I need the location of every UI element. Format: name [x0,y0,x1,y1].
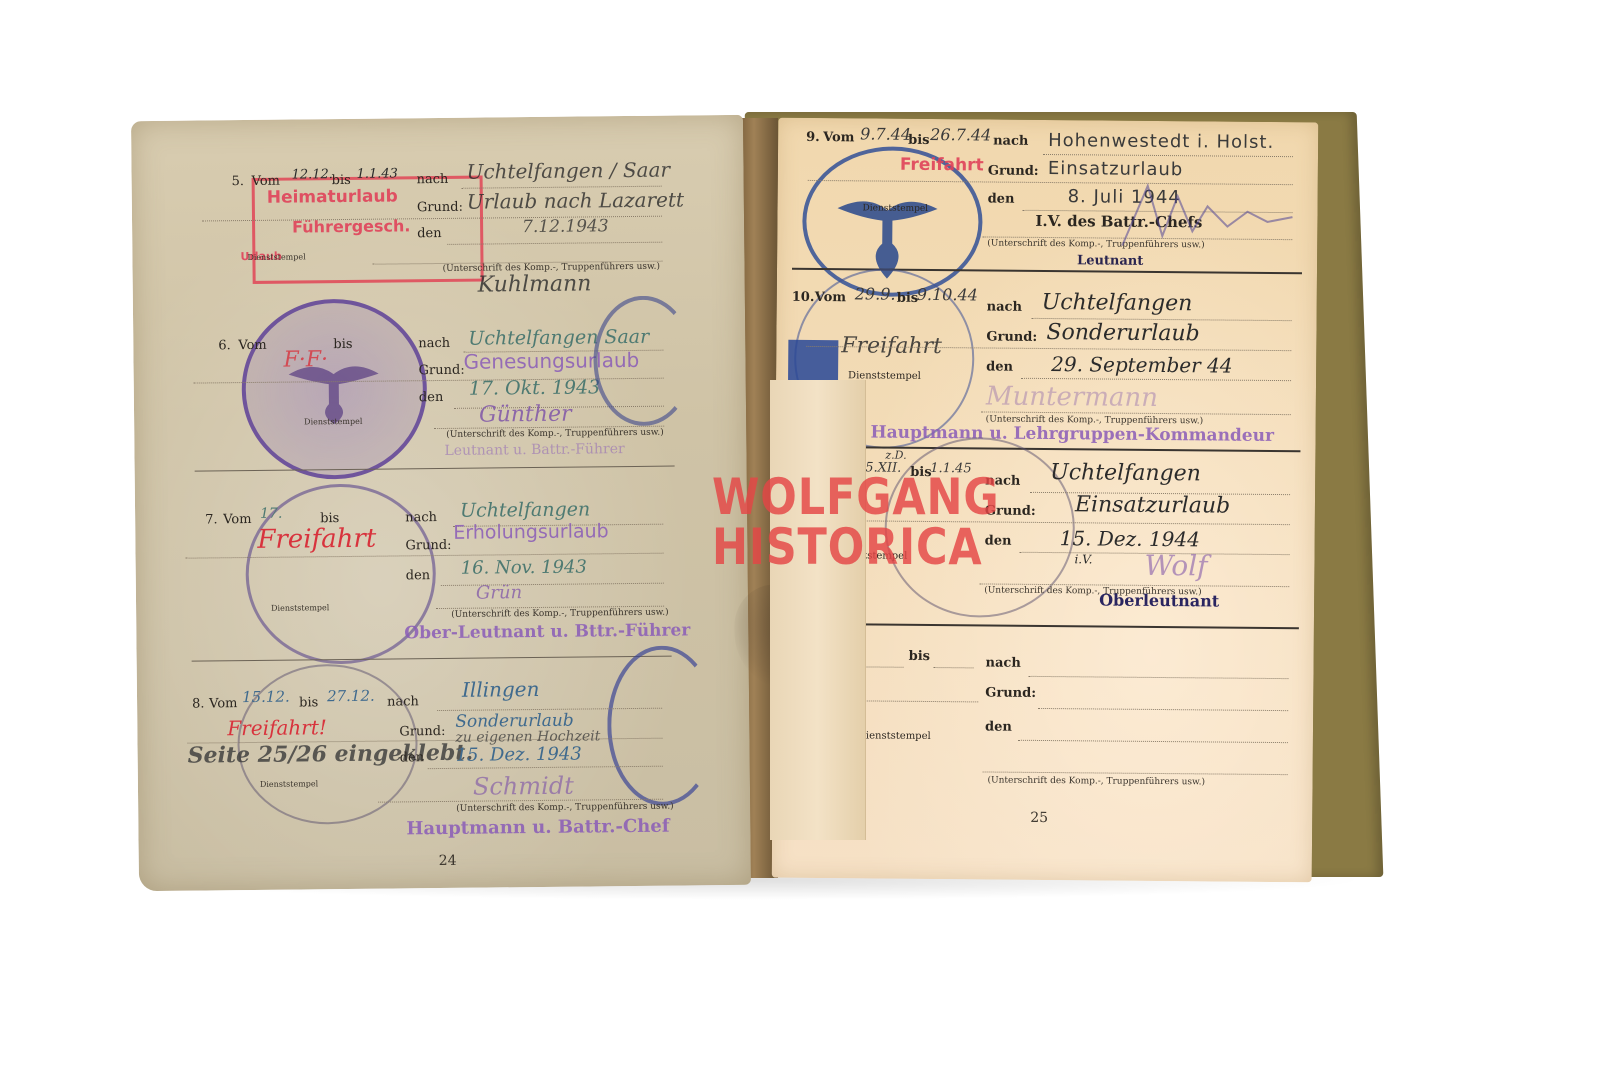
rank-stamp: Hauptmann u. Battr.-Chef [406,816,669,840]
signature-caption: (Unterschrift des Komp.-, Truppenführers… [451,608,669,620]
den-label: den [417,226,442,241]
grund-label: Grund: [405,538,451,553]
partial-blue-stamp [593,295,694,426]
grund-label: Grund: [399,724,445,739]
entry-7: Freifahrt Dienststempel 7. Vom 17. bis n… [131,115,743,121]
rank-stamp: Hauptmann u. Lehrgruppen-Kommandeur [870,422,1274,446]
signature: Muntermann [986,381,1158,413]
nach-label: nach [987,299,1022,314]
rank-stamp: Leutnant u. Battr.-Führer [444,441,624,459]
rank-stamp: Oberleutnant [1099,590,1219,610]
bis-value: 26.7.44 [930,125,991,145]
vom-value: 15.12. [242,688,290,706]
nach-value: Illingen [462,677,540,702]
nach-label: nach [993,134,1028,149]
grund-value: Urlaub nach Lazarett [467,187,684,213]
red-note: Freifahrt [257,524,376,555]
den-label: den [419,390,444,405]
bis-value: 1.1.43 [356,166,398,181]
iv-note: i.V. [1074,552,1092,566]
vom-label: Vom [209,696,238,711]
den-value: 29. September 44 [1051,352,1233,378]
den-label: den [986,359,1013,374]
entry-8: 8. Vom 15.12. bis 27.12. nach Illingen F… [131,115,743,121]
den-label: den [988,191,1015,206]
nach-label: nach [418,336,450,351]
red-stamp-freifahrt: Freifahrt [900,155,984,176]
entry-number: 9. [806,130,820,145]
signature: Schmidt [473,772,574,801]
watermark-line2: HISTORICA [712,522,999,572]
den-label: den [400,750,425,765]
grund-value: Sonderurlaub [1046,320,1199,346]
red-scribble: F·F· [283,347,328,372]
vom-label: Vom [223,512,252,527]
nach-label: nach [986,655,1021,670]
dienststempel-label: Dienststempel [862,203,928,214]
signature: Kuhlmann [478,271,592,297]
grund-label: Grund: [988,163,1039,178]
bis-label: bis [332,173,351,188]
signature-caption: (Unterschrift des Komp.-, Truppenführers… [446,428,664,440]
entry-6: F·F· Dienststempel 6. Vom bis nach Uchte… [131,115,743,121]
den-value: 15. Dez. 1944 [1060,526,1200,551]
entry-number: 6. [218,338,231,353]
den-value: 16. Nov. 1943 [461,556,587,578]
vom-label: Vom [823,130,854,145]
entry-number: 7. [205,512,218,527]
torn-tab-strip [770,380,866,840]
grund-stamp: Erholungsurlaub [453,520,609,544]
bis-label: bis [908,133,929,148]
vom-value: 29.9. [855,284,896,303]
bis-value: 27.12. [327,687,375,705]
signature-scribble-icon [1117,176,1298,258]
nach-label: nach [405,510,437,525]
den-label: den [985,719,1012,734]
signature-caption: (Unterschrift des Komp.-, Truppenführers… [456,802,674,814]
vom-value: 12.12. [291,167,333,182]
nach-value: Uchtelfangen / Saar [466,158,670,184]
bis-label: bis [320,511,339,526]
den-value: 17. Okt. 1943 [469,376,601,399]
entry-number: 8. [192,696,205,711]
red-note: Freifahrt! [227,715,327,740]
den-value: 7.12.1943 [522,216,609,237]
signature: Günther [479,402,572,428]
nach-label: nach [387,694,419,709]
grund-label: Grund: [417,200,463,215]
nach-value: Uchtelfangen [1050,460,1201,486]
grund-value: Einsatzurlaub [1075,492,1230,518]
watermark: WOLFGANG HISTORICA [712,472,999,572]
bis-label: bis [299,695,318,710]
grund-label: Grund: [986,329,1037,344]
den-label: den [406,568,431,583]
bis-label: bis [333,337,352,352]
entry-number: 5. [232,174,245,189]
vom-value: 17. [260,506,282,522]
rank-stamp: Ober-Leutnant u. Bttr.-Führer [404,620,690,643]
vom-label: Vom [815,290,846,305]
vom-value: 9.7.44 [860,124,911,143]
red-stamp-line1: Heimaturlaub [267,186,398,207]
bis-value: 9.10.44 [917,285,978,305]
partial-blue-stamp [607,645,719,806]
vom-label: Vom [252,174,281,189]
page-number: 25 [1030,810,1048,826]
nach-value: Uchtelfangen [1042,290,1193,316]
entry-5: Heimaturlaub Führergesch. Urlaub 5. Vom … [131,115,743,121]
page-number: 24 [439,853,457,869]
left-page: Heimaturlaub Führergesch. Urlaub 5. Vom … [131,115,751,891]
dienststempel-label: Dienststempel [304,417,362,427]
nach-value: Hohenwestedt i. Holst. [1048,130,1274,153]
entry-number: 10. [792,290,815,305]
grund-label: Grund: [419,363,465,378]
nach-value: Uchtelfangen [460,498,590,521]
dienststempel-label: Dienststempel [247,252,305,262]
signature-caption: (Unterschrift des Komp.-, Truppenführers… [988,776,1206,788]
nach-label: nach [417,172,449,187]
margin-note: Seite 25/26 eingeklebt. [187,740,473,769]
dienststempel-label: Dienststempel [271,603,329,613]
grund-label: Grund: [985,685,1036,700]
bis-label: bis [897,291,918,306]
watermark-line1: WOLFGANG [712,472,999,522]
dienststempel-label: Dienststempel [260,779,318,789]
bis-label: bis [909,649,930,664]
vom-label: Vom [238,338,267,353]
signature: Wolf [1144,549,1207,583]
dienststempel-label: Dienststempel [858,730,931,742]
signature: Grün [476,582,522,603]
den-value: 15. Dez. 1943 [456,744,582,766]
